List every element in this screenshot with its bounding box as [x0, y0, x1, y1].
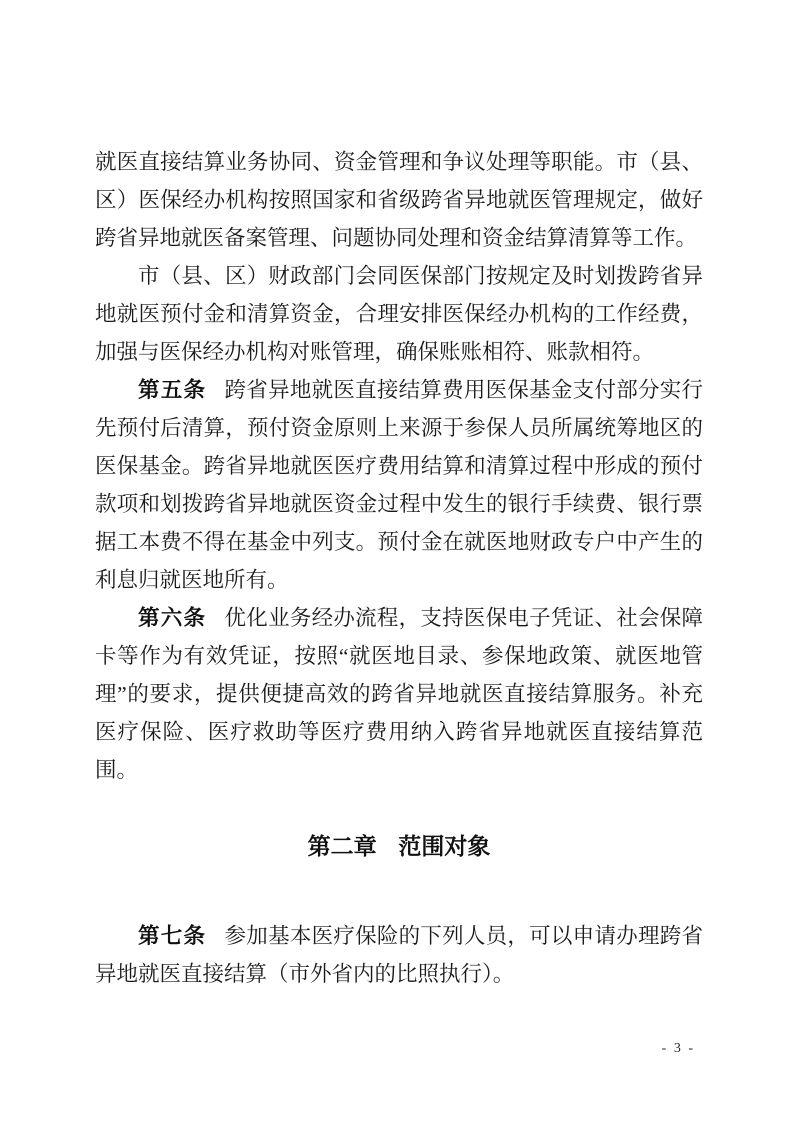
- paragraph-text: 优化业务经办流程，支持医保电子凭证、社会保障卡等作为有效凭证，按照“就医地目录、…: [95, 606, 703, 782]
- paragraph-article-5: 第五条跨省异地就医直接结算费用医保基金支付部分实行先预付后清算，预付资金原则上来…: [95, 371, 703, 599]
- paragraph-article-6: 第六条优化业务经办流程，支持医保电子凭证、社会保障卡等作为有效凭证，按照“就医地…: [95, 599, 703, 789]
- chapter-heading: 第二章范围对象: [95, 827, 703, 865]
- article-6-label: 第六条: [138, 606, 206, 630]
- paragraph-continuation: 就医直接结算业务协同、资金管理和争议处理等职能。市（县、区）医保经办机构按照国家…: [95, 143, 703, 257]
- chapter-number: 第二章: [308, 833, 377, 859]
- paragraph-text: 就医直接结算业务协同、资金管理和争议处理等职能。市（县、区）医保经办机构按照国家…: [95, 150, 703, 250]
- paragraph-finance-departments: 市（县、区）财政部门会同医保部门按规定及时划拨跨省异地就医预付金和清算资金，合理…: [95, 257, 703, 371]
- chapter-title: 范围对象: [398, 833, 490, 859]
- paragraph-article-7: 第七条参加基本医疗保险的下列人员，可以申请办理跨省异地就医直接结算（市外省内的比…: [95, 917, 703, 993]
- document-page: 就医直接结算业务协同、资金管理和争议处理等职能。市（县、区）医保经办机构按照国家…: [0, 0, 793, 1122]
- article-7-label: 第七条: [138, 924, 206, 948]
- paragraph-text: 市（县、区）财政部门会同医保部门按规定及时划拨跨省异地就医预付金和清算资金，合理…: [95, 264, 703, 364]
- paragraph-text: 跨省异地就医直接结算费用医保基金支付部分实行先预付后清算，预付资金原则上来源于参…: [95, 378, 703, 592]
- document-body: 就医直接结算业务协同、资金管理和争议处理等职能。市（县、区）医保经办机构按照国家…: [95, 0, 703, 993]
- article-5-label: 第五条: [138, 378, 206, 402]
- page-number: - 3 -: [662, 1041, 695, 1057]
